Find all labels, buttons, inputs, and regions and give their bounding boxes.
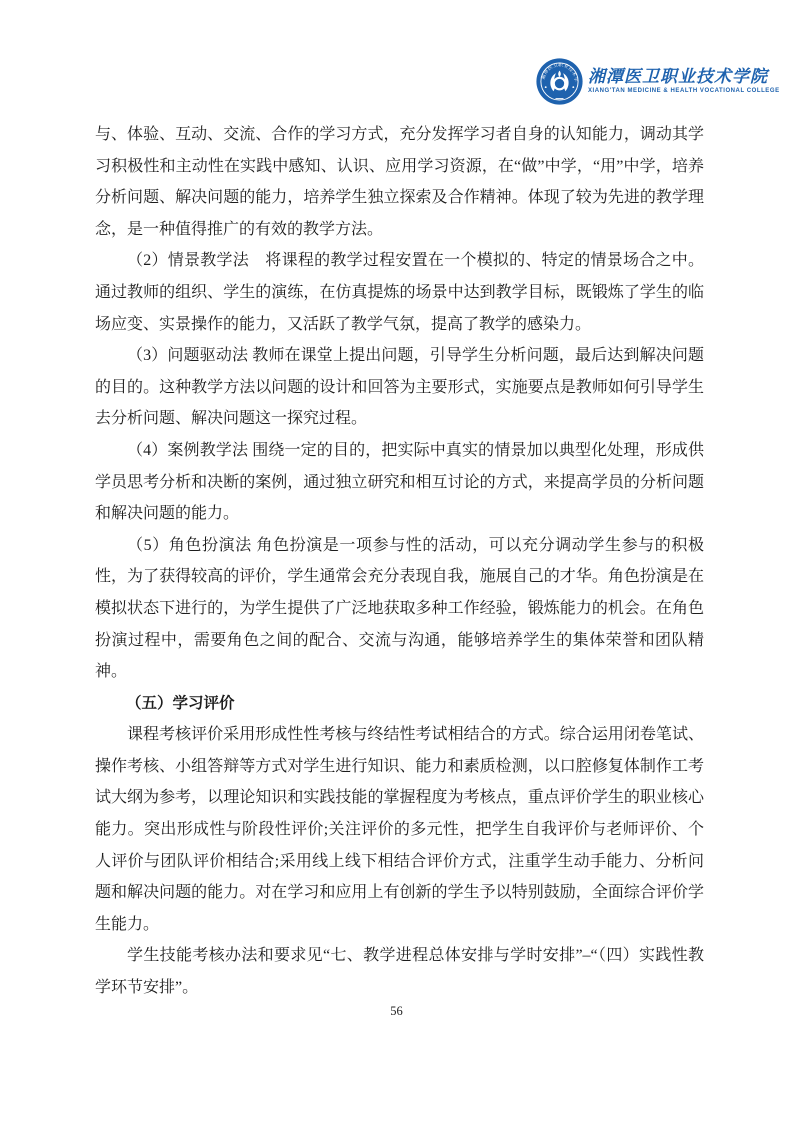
paragraph-method-5-role-play: （5）角色扮演法 角色扮演是一项参与性的活动，可以充分调动学生参与的积极性，为了… [95, 530, 704, 688]
college-name-english: XIANG'TAN MEDICINE & HEALTH VOCATIONAL C… [588, 88, 780, 94]
document-page: 湘潭医卫职业技术学院 湘潭医卫职业技术学院 XIANG'TAN MEDICINE… [0, 0, 793, 1122]
college-name-chinese: 湘潭医卫职业技术学院 [588, 69, 780, 87]
paragraph-assessment-methods: 课程考核评价采用形成性性考核与终结性考试相结合的方式。综合运用闭卷笔试、操作考核… [95, 719, 704, 940]
paragraph-method-4-case-teaching: （4）案例教学法 围绕一定的目的，把实际中真实的情景加以典型化处理，形成供学员思… [95, 435, 704, 530]
paragraph-method-3-problem-driven: （3）问题驱动法 教师在课堂上提出问题，引导学生分析问题，最后达到解决问题的目的… [95, 340, 704, 435]
section-heading-learning-evaluation: （五）学习评价 [95, 688, 704, 720]
college-logo: 湘潭医卫职业技术学院 湘潭医卫职业技术学院 XIANG'TAN MEDICINE… [536, 58, 780, 105]
paragraph-method-2-situational: （2）情景教学法 将课程的教学过程安置在一个模拟的、特定的情景场合之中。通过教师… [95, 245, 704, 340]
document-body: 与、体验、互动、交流、合作的学习方式，充分发挥学习者自身的认知能力，调动其学习积… [95, 119, 704, 1004]
paragraph-continuation: 与、体验、互动、交流、合作的学习方式，充分发挥学习者自身的认知能力，调动其学习积… [95, 119, 704, 245]
college-seal-icon: 湘潭医卫职业技术学院 [536, 58, 583, 105]
paragraph-skill-assessment-reference: 学生技能考核办法和要求见“七、教学进程总体安排与学时安排”–“（四）实践性教学环… [95, 940, 704, 1003]
page-number: 56 [0, 1004, 793, 1019]
